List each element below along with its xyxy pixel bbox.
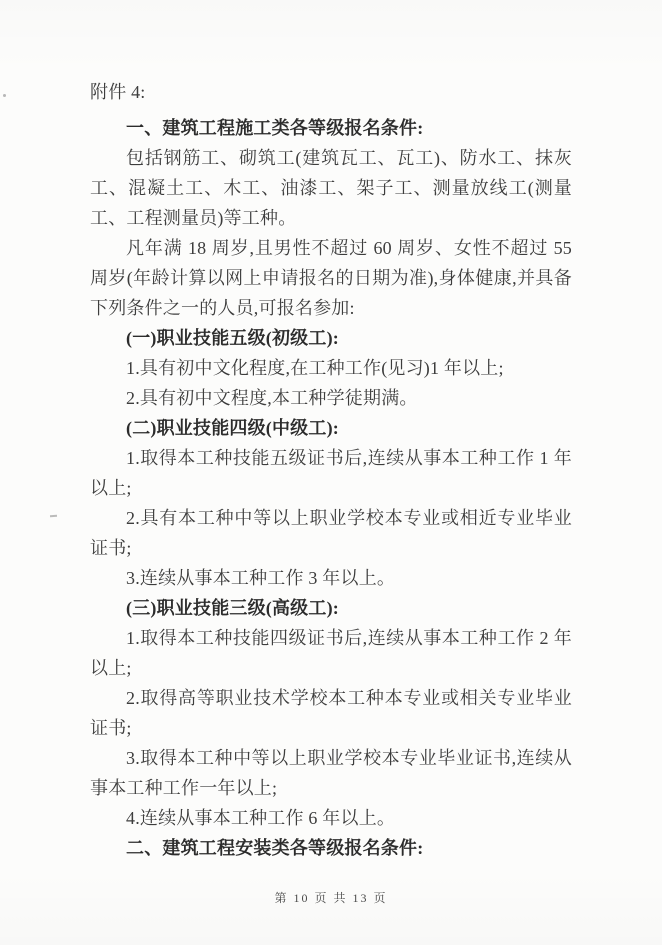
list-item-l4-3: 3.连续从事本工种工作 3 年以上。 — [90, 563, 572, 593]
scanned-document-page: 附件 4: 一、建筑工程施工类各等级报名条件: 包括钢筋工、砌筑工(建筑瓦工、瓦… — [0, 0, 662, 945]
subheading-level-3: (三)职业技能三级(高级工): — [90, 593, 572, 623]
section-heading-1: 一、建筑工程施工类各等级报名条件: — [90, 113, 572, 143]
list-item-l3-2: 2.取得高等职业技术学校本工种本专业或相关专业毕业证书; — [90, 683, 572, 743]
paragraph-age-requirements: 凡年满 18 周岁,且男性不超过 60 周岁、女性不超过 55 周岁(年龄计算以… — [90, 233, 572, 323]
list-item-l3-3: 3.取得本工种中等以上职业学校本专业毕业证书,连续从事本工种工作一年以上; — [90, 743, 572, 803]
attachment-label: 附件 4: — [90, 77, 572, 107]
section-heading-2: 二、建筑工程安装类各等级报名条件: — [90, 833, 572, 863]
list-item-l4-2: 2.具有本工种中等以上职业学校本专业或相近专业毕业证书; — [90, 503, 572, 563]
paragraph-trades-included: 包括钢筋工、砌筑工(建筑瓦工、瓦工)、防水工、抹灰工、混凝土工、木工、油漆工、架… — [90, 143, 572, 233]
subheading-level-4: (二)职业技能四级(中级工): — [90, 413, 572, 443]
scan-speck-dash — [50, 515, 57, 517]
list-item-l3-4: 4.连续从事本工种工作 6 年以上。 — [90, 803, 572, 833]
list-item-l4-1: 1.取得本工种技能五级证书后,连续从事本工种工作 1 年以上; — [90, 443, 572, 503]
list-item-l5-2: 2.具有初中文程度,本工种学徒期满。 — [90, 383, 572, 413]
list-item-l3-1: 1.取得本工种技能四级证书后,连续从事本工种工作 2 年以上; — [90, 623, 572, 683]
scan-speck-dot — [3, 94, 6, 97]
document-body: 附件 4: 一、建筑工程施工类各等级报名条件: 包括钢筋工、砌筑工(建筑瓦工、瓦… — [90, 77, 572, 863]
subheading-level-5: (一)职业技能五级(初级工): — [90, 323, 572, 353]
list-item-l5-1: 1.具有初中文化程度,在工种工作(见习)1 年以上; — [90, 353, 572, 383]
page-number-indicator: 第 10 页 共 13 页 — [0, 889, 662, 906]
